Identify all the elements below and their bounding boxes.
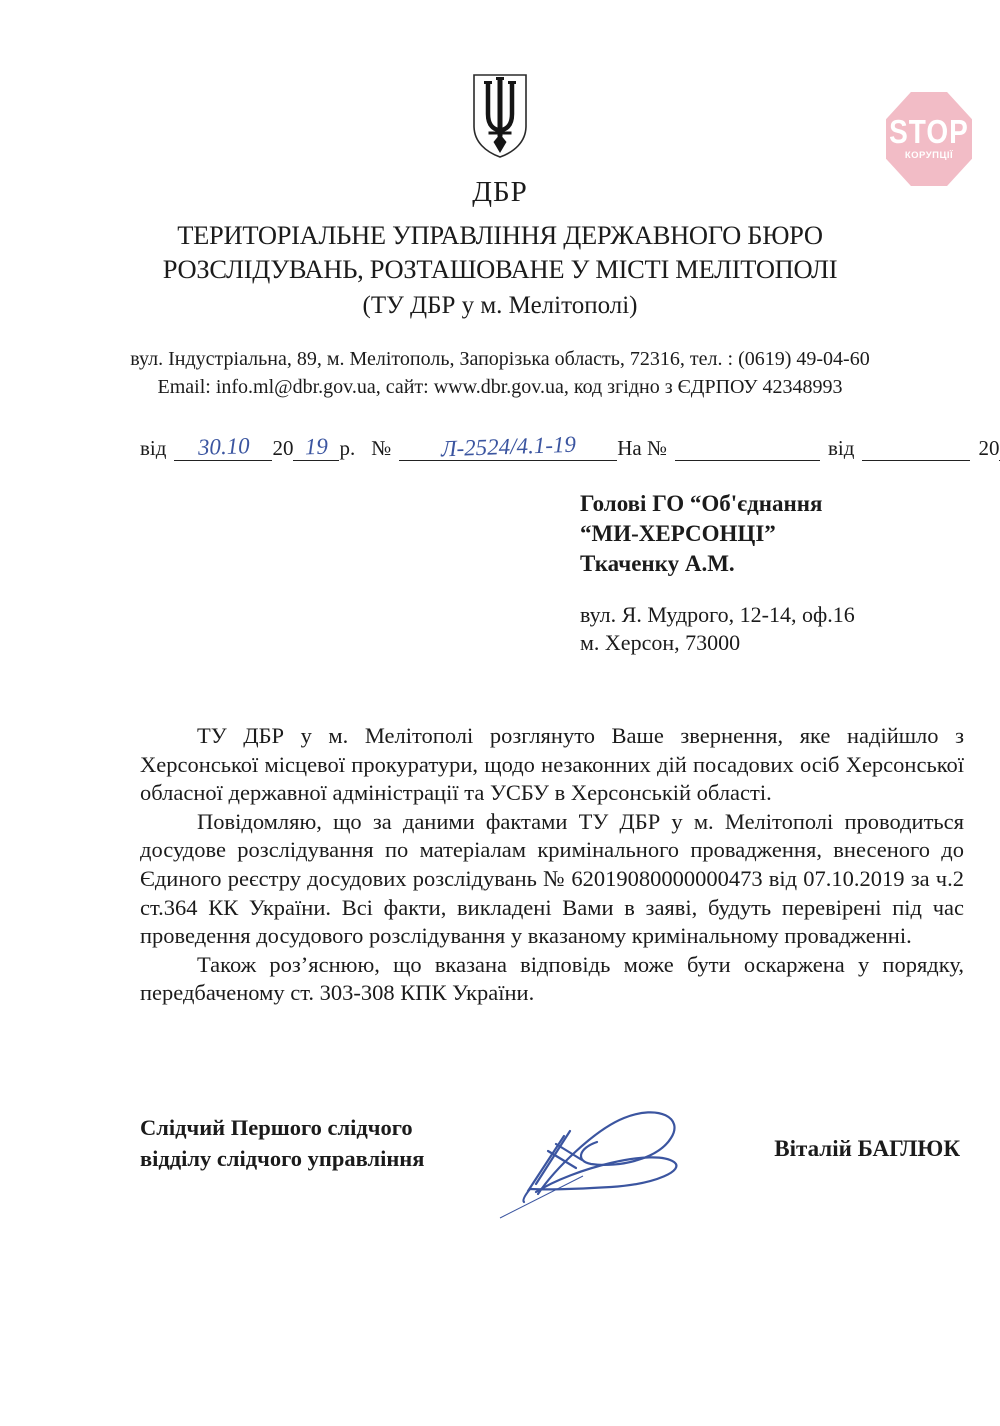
body-paragraph-1: ТУ ДБР у м. Мелітополі розглянуто Ваше з…: [140, 722, 964, 808]
recipient-address: вул. Я. Мудрого, 12-14, оф.16 м. Херсон,…: [580, 601, 855, 657]
number-underline: Л-2524/4.1-19: [399, 436, 617, 461]
reference-line: від 30.10 20 19 р. № Л-2524/4.1-19 На № …: [140, 436, 963, 461]
org-contacts-line: Email: info.ml@dbr.gov.ua, сайт: www.dbr…: [0, 373, 1000, 401]
letter-body: ТУ ДБР у м. Мелітополі розглянуто Ваше з…: [140, 722, 964, 1008]
body-paragraph-3: Також роз’яснюю, що вказана відповідь мо…: [140, 951, 964, 1008]
recipient-block: Голові ГО “Об'єднання “МИ-ХЕРСОНЦІ” Ткач…: [580, 489, 855, 657]
stop-corruption-stamp: STOP КОРУПЦІЇ: [886, 92, 972, 186]
org-title-block: ТЕРИТОРІАЛЬНЕ УПРАВЛІННЯ ДЕРЖАВНОГО БЮРО…: [0, 218, 1000, 323]
stamp-stop-text: STOP: [889, 115, 969, 149]
year-underline: 19: [293, 436, 339, 461]
reply-year-prefix: 20: [978, 436, 999, 461]
year-suffix: р.: [339, 436, 355, 461]
incoming-reference: На № від 20 р.: [617, 436, 1000, 461]
ukraine-trident-icon: [470, 72, 530, 165]
org-title-line3: (ТУ ДБР у м. Мелітополі): [0, 289, 1000, 323]
recipient-address-line1: вул. Я. Мудрого, 12-14, оф.16: [580, 601, 855, 629]
signer-position: Слідчий Першого слідчого відділу слідчог…: [140, 1112, 424, 1174]
signer-position-line2: відділу слідчого управління: [140, 1143, 424, 1174]
signer-name: Віталій БАГЛЮК: [774, 1136, 960, 1162]
org-contact-block: вул. Індустріальна, 89, м. Мелітополь, З…: [0, 345, 1000, 401]
recipient-line1: Голові ГО “Об'єднання: [580, 489, 855, 519]
reply-from-label: від: [828, 436, 854, 461]
recipient-address-line2: м. Херсон, 73000: [580, 629, 855, 657]
year-prefix: 20: [272, 436, 293, 461]
reply-to-label: На №: [617, 436, 667, 461]
reply-number-underline: [675, 436, 820, 461]
recipient-line3: Ткаченку А.М.: [580, 549, 855, 579]
org-title-line1: ТЕРИТОРІАЛЬНЕ УПРАВЛІННЯ ДЕРЖАВНОГО БЮРО: [0, 218, 1000, 252]
org-abbreviation: ДБР: [0, 176, 1000, 209]
org-title-line2: РОЗСЛІДУВАНЬ, РОЗТАШОВАНЕ У МІСТІ МЕЛІТО…: [0, 252, 1000, 286]
handwritten-year: 19: [304, 434, 328, 461]
outgoing-reference: від 30.10 20 19 р. № Л-2524/4.1-19: [140, 436, 617, 461]
scanned-letter-page: STOP КОРУПЦІЇ ДБР ТЕРИТОРІАЛЬНЕ УПРАВЛІН…: [0, 0, 1000, 1426]
recipient-line2: “МИ-ХЕРСОНЦІ”: [580, 519, 855, 549]
from-label: від: [140, 436, 166, 461]
reply-date-underline: [862, 436, 970, 461]
handwritten-date: 30.10: [197, 433, 250, 461]
date-underline: 30.10: [174, 436, 272, 461]
body-paragraph-2: Повідомляю, що за даними фактами ТУ ДБР …: [140, 808, 964, 951]
signer-position-line1: Слідчий Першого слідчого: [140, 1112, 424, 1143]
handwritten-signature: [478, 1076, 698, 1261]
stamp-subtext: КОРУПЦІЇ: [905, 150, 953, 161]
org-address-line: вул. Індустріальна, 89, м. Мелітополь, З…: [0, 345, 1000, 373]
handwritten-number: Л-2524/4.1-19: [440, 432, 576, 463]
number-label: №: [371, 436, 391, 461]
